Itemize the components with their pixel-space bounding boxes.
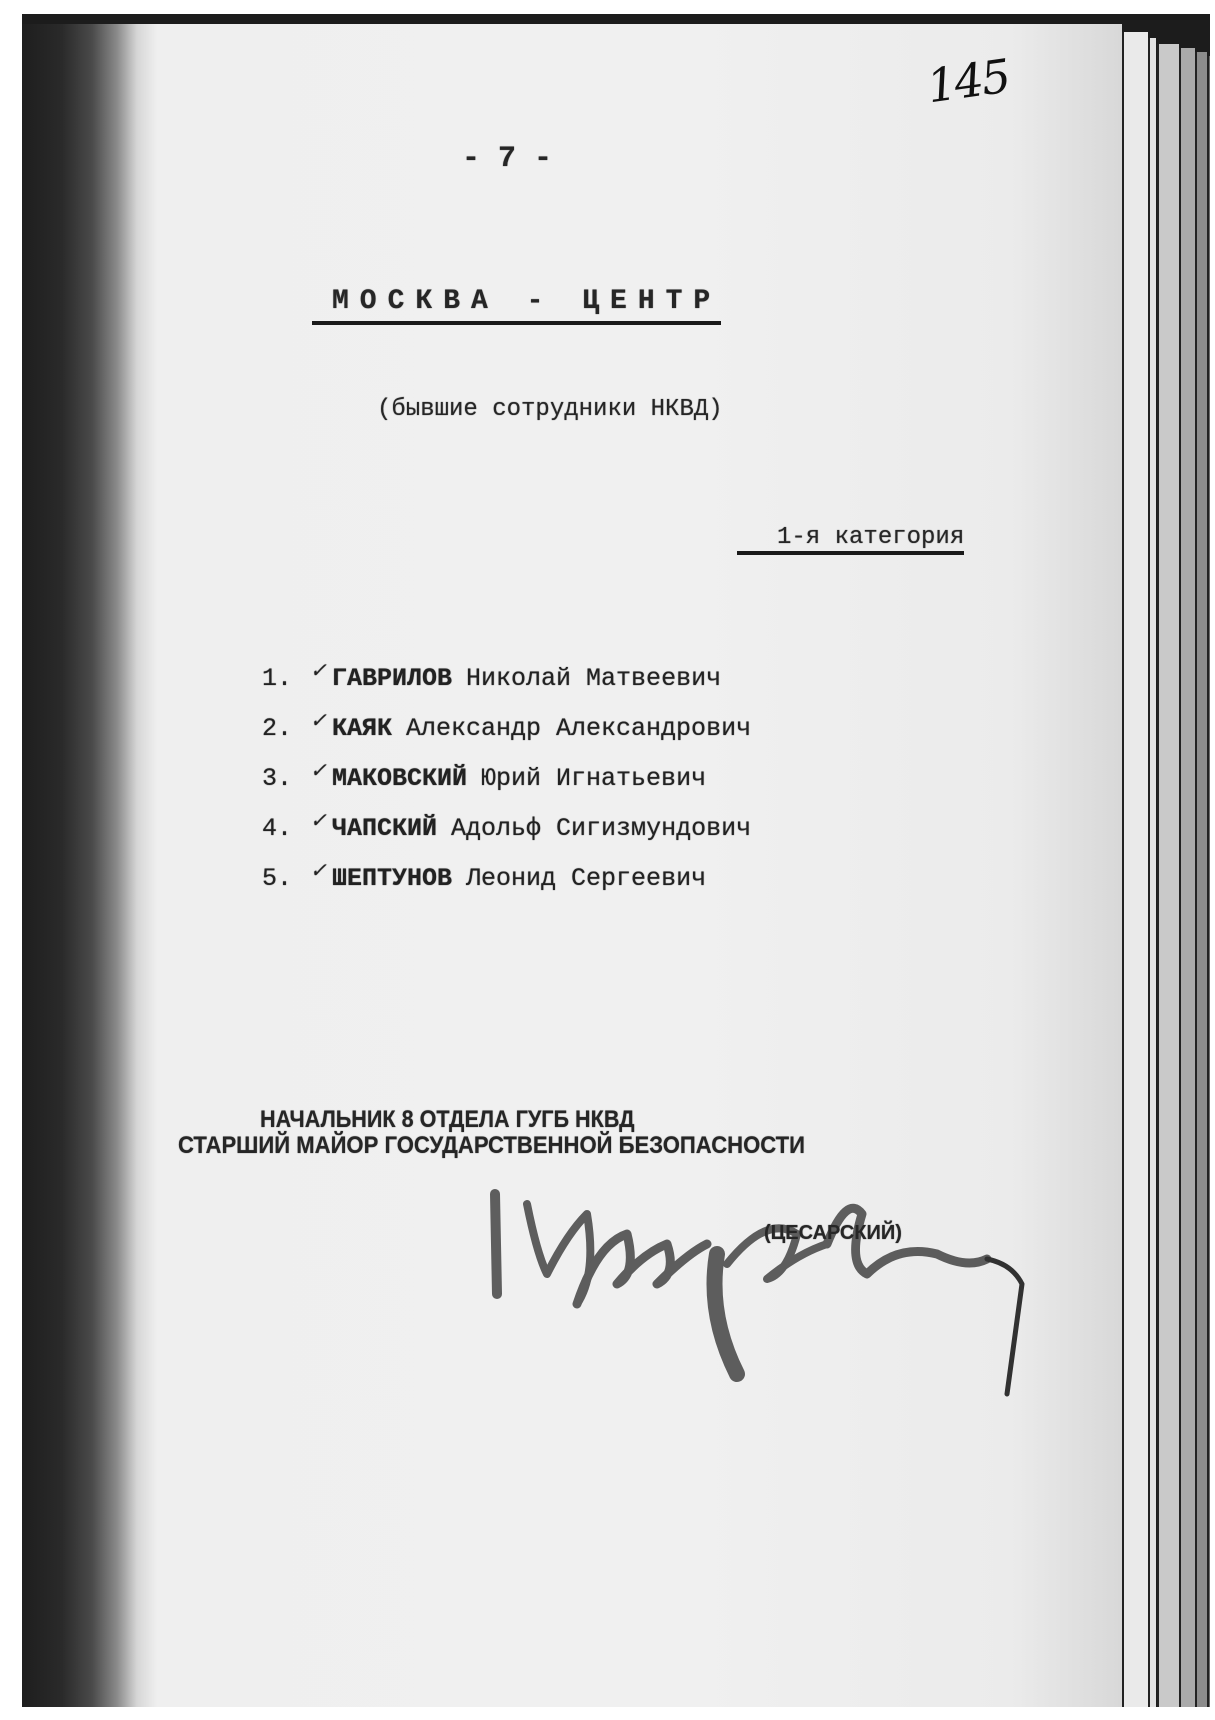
given-name: Юрий Игнатьевич (481, 764, 706, 793)
list-item: 3. ✓ МАКОВСКИЙ Юрий Игнатьевич (262, 764, 751, 814)
item-number: 3. (262, 764, 310, 793)
name-list: 1. ✓ ГАВРИЛОВ Николай Матвеевич 2. ✓ КАЯ… (262, 664, 751, 914)
surname: ШЕПТУНОВ (332, 864, 452, 893)
signatory-name: (ЦЕСАРСКИЙ) (764, 1222, 902, 1245)
page-edge (1179, 48, 1195, 1707)
surname: МАКОВСКИЙ (332, 764, 467, 793)
list-item: 4. ✓ ЧАПСКИЙ Адольф Сигизмундович (262, 814, 751, 864)
signatory-position-line2: СТАРШИЙ МАЙОР ГОСУДАРСТВЕННОЙ БЕЗОПАСНОС… (178, 1132, 805, 1160)
category-heading: 1-я категория (737, 524, 964, 555)
list-item: 5. ✓ ШЕПТУНОВ Леонид Сергеевич (262, 864, 751, 914)
checkmark-icon: ✓ (310, 858, 332, 884)
folio-number: 145 (924, 49, 1013, 114)
surname: ЧАПСКИЙ (332, 814, 437, 843)
page-edge (1195, 52, 1207, 1707)
surname: КАЯК (332, 714, 392, 743)
page-title: МОСКВА - ЦЕНТР (312, 286, 721, 325)
checkmark-icon: ✓ (310, 658, 332, 684)
handwritten-signature-icon (467, 1174, 1087, 1404)
given-name: Николай Матвеевич (466, 664, 721, 693)
page-edge (1122, 32, 1148, 1707)
checkmark-icon: ✓ (310, 708, 332, 734)
scanned-document: 145 - 7 - МОСКВА - ЦЕНТР (бывшие сотрудн… (22, 14, 1210, 1707)
item-number: 2. (262, 714, 310, 743)
list-item: 1. ✓ ГАВРИЛОВ Николай Матвеевич (262, 664, 751, 714)
given-name: Александр Александрович (406, 714, 751, 743)
item-number: 4. (262, 814, 310, 843)
item-number: 1. (262, 664, 310, 693)
checkmark-icon: ✓ (310, 808, 332, 834)
subtitle: (бывшие сотрудники НКВД) (377, 396, 723, 423)
signatory-position-line1: НАЧАЛЬНИК 8 ОТДЕЛА ГУГБ НКВД (260, 1106, 635, 1134)
given-name: Леонид Сергеевич (466, 864, 706, 893)
given-name: Адольф Сигизмундович (451, 814, 751, 843)
document-page: 145 - 7 - МОСКВА - ЦЕНТР (бывшие сотрудн… (22, 24, 1122, 1707)
surname: ГАВРИЛОВ (332, 664, 452, 693)
page-edge (1207, 56, 1210, 1707)
page-number: - 7 - (462, 142, 552, 176)
item-number: 5. (262, 864, 310, 893)
page-edge (1157, 44, 1179, 1707)
checkmark-icon: ✓ (310, 758, 332, 784)
list-item: 2. ✓ КАЯК Александр Александрович (262, 714, 751, 764)
page-edge (1148, 38, 1156, 1707)
